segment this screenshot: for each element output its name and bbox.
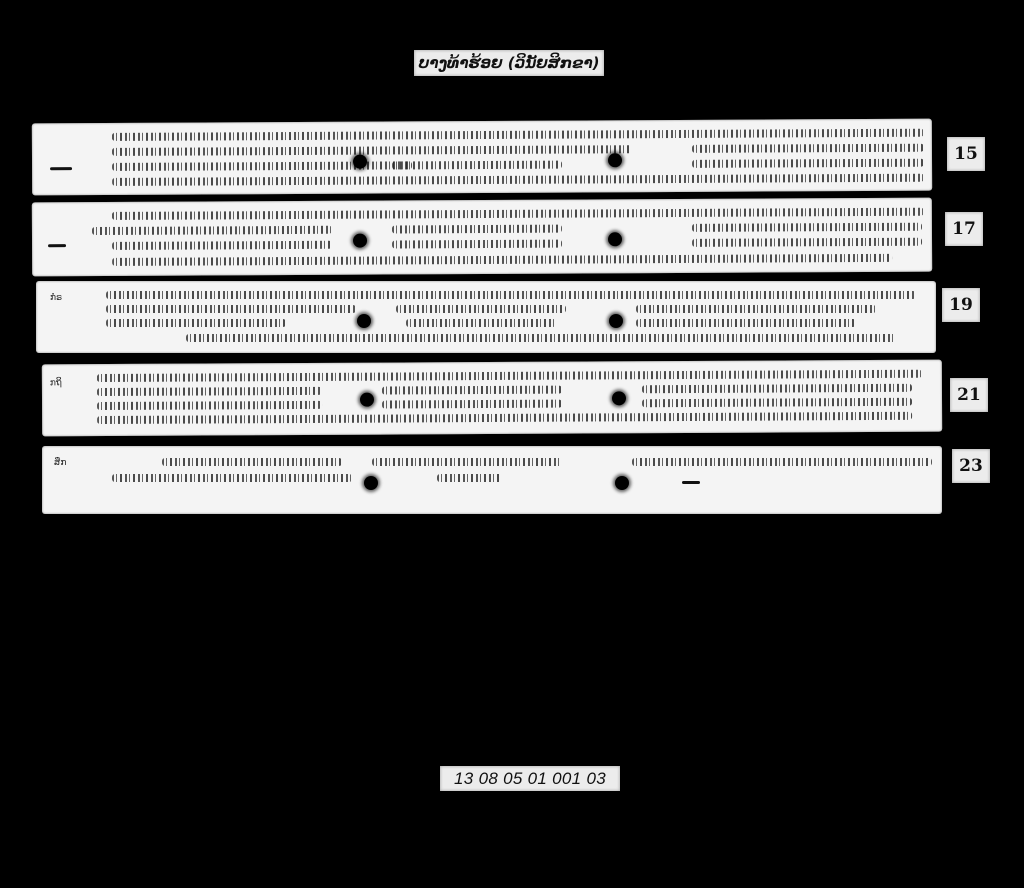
- binding-hole: [360, 393, 374, 407]
- script-line: [372, 458, 562, 466]
- script-line: [392, 240, 562, 249]
- margin-note: ກໍຣ: [50, 293, 62, 303]
- margin-note: ກຖິ: [50, 378, 62, 388]
- binding-hole: [609, 314, 623, 328]
- script-line: [406, 319, 556, 327]
- script-line: [106, 291, 916, 299]
- script-line: [382, 386, 562, 395]
- script-line: [692, 223, 922, 232]
- script-line: [112, 174, 924, 186]
- margin-note: ສຶກ: [54, 458, 66, 468]
- script-line: [112, 145, 632, 156]
- binding-hole: [608, 153, 622, 167]
- script-line: [92, 226, 332, 235]
- script-line: [692, 144, 924, 153]
- script-line: [97, 412, 912, 424]
- script-line: [636, 319, 856, 327]
- script-line: [97, 401, 322, 410]
- palm-leaf-23: ສຶກ: [42, 446, 942, 514]
- script-line: [437, 474, 502, 482]
- script-line: [112, 241, 332, 250]
- script-line: [636, 305, 876, 313]
- leaf-number-21: 21: [950, 378, 988, 412]
- script-line: [186, 334, 896, 342]
- ink-mark: [682, 481, 700, 484]
- script-line: [396, 305, 566, 313]
- script-line: [382, 400, 562, 409]
- binding-hole: [612, 391, 626, 405]
- leaf-number-19: 19: [942, 288, 980, 322]
- script-line: [112, 129, 924, 141]
- binding-hole: [353, 234, 367, 248]
- script-line: [112, 254, 892, 266]
- palm-leaf-21: ກຖິ: [42, 360, 942, 437]
- script-line: [106, 305, 356, 313]
- leaf-number-17: 17: [945, 212, 983, 246]
- script-line: [692, 238, 922, 247]
- binding-hole: [608, 232, 622, 246]
- script-line: [106, 319, 286, 327]
- script-line: [642, 384, 912, 393]
- manuscript-title-label: ບາງທ້າຮ້ອຍ (ວິນັຍສິກຂາ): [414, 50, 604, 76]
- script-line: [392, 161, 562, 170]
- script-line: [97, 370, 922, 382]
- palm-leaf-17: [32, 198, 932, 277]
- binding-hole: [364, 476, 378, 490]
- ink-mark: [48, 244, 66, 247]
- script-line: [392, 225, 562, 234]
- palm-leaf-15: [32, 119, 932, 196]
- script-line: [632, 458, 932, 466]
- binding-hole: [357, 314, 371, 328]
- ink-mark: [50, 167, 72, 170]
- script-line: [112, 208, 924, 220]
- script-line: [112, 161, 412, 171]
- leaf-number-23: 23: [952, 449, 990, 483]
- script-line: [692, 159, 924, 168]
- script-line: [642, 398, 912, 407]
- script-line: [97, 387, 322, 396]
- leaf-number-15: 15: [947, 137, 985, 171]
- palm-leaf-19: ກໍຣ: [36, 281, 936, 353]
- script-line: [162, 458, 342, 466]
- reel-number-label: 13 08 05 01 001 03: [440, 766, 620, 791]
- script-line: [112, 474, 352, 482]
- binding-hole: [615, 476, 629, 490]
- binding-hole: [353, 155, 367, 169]
